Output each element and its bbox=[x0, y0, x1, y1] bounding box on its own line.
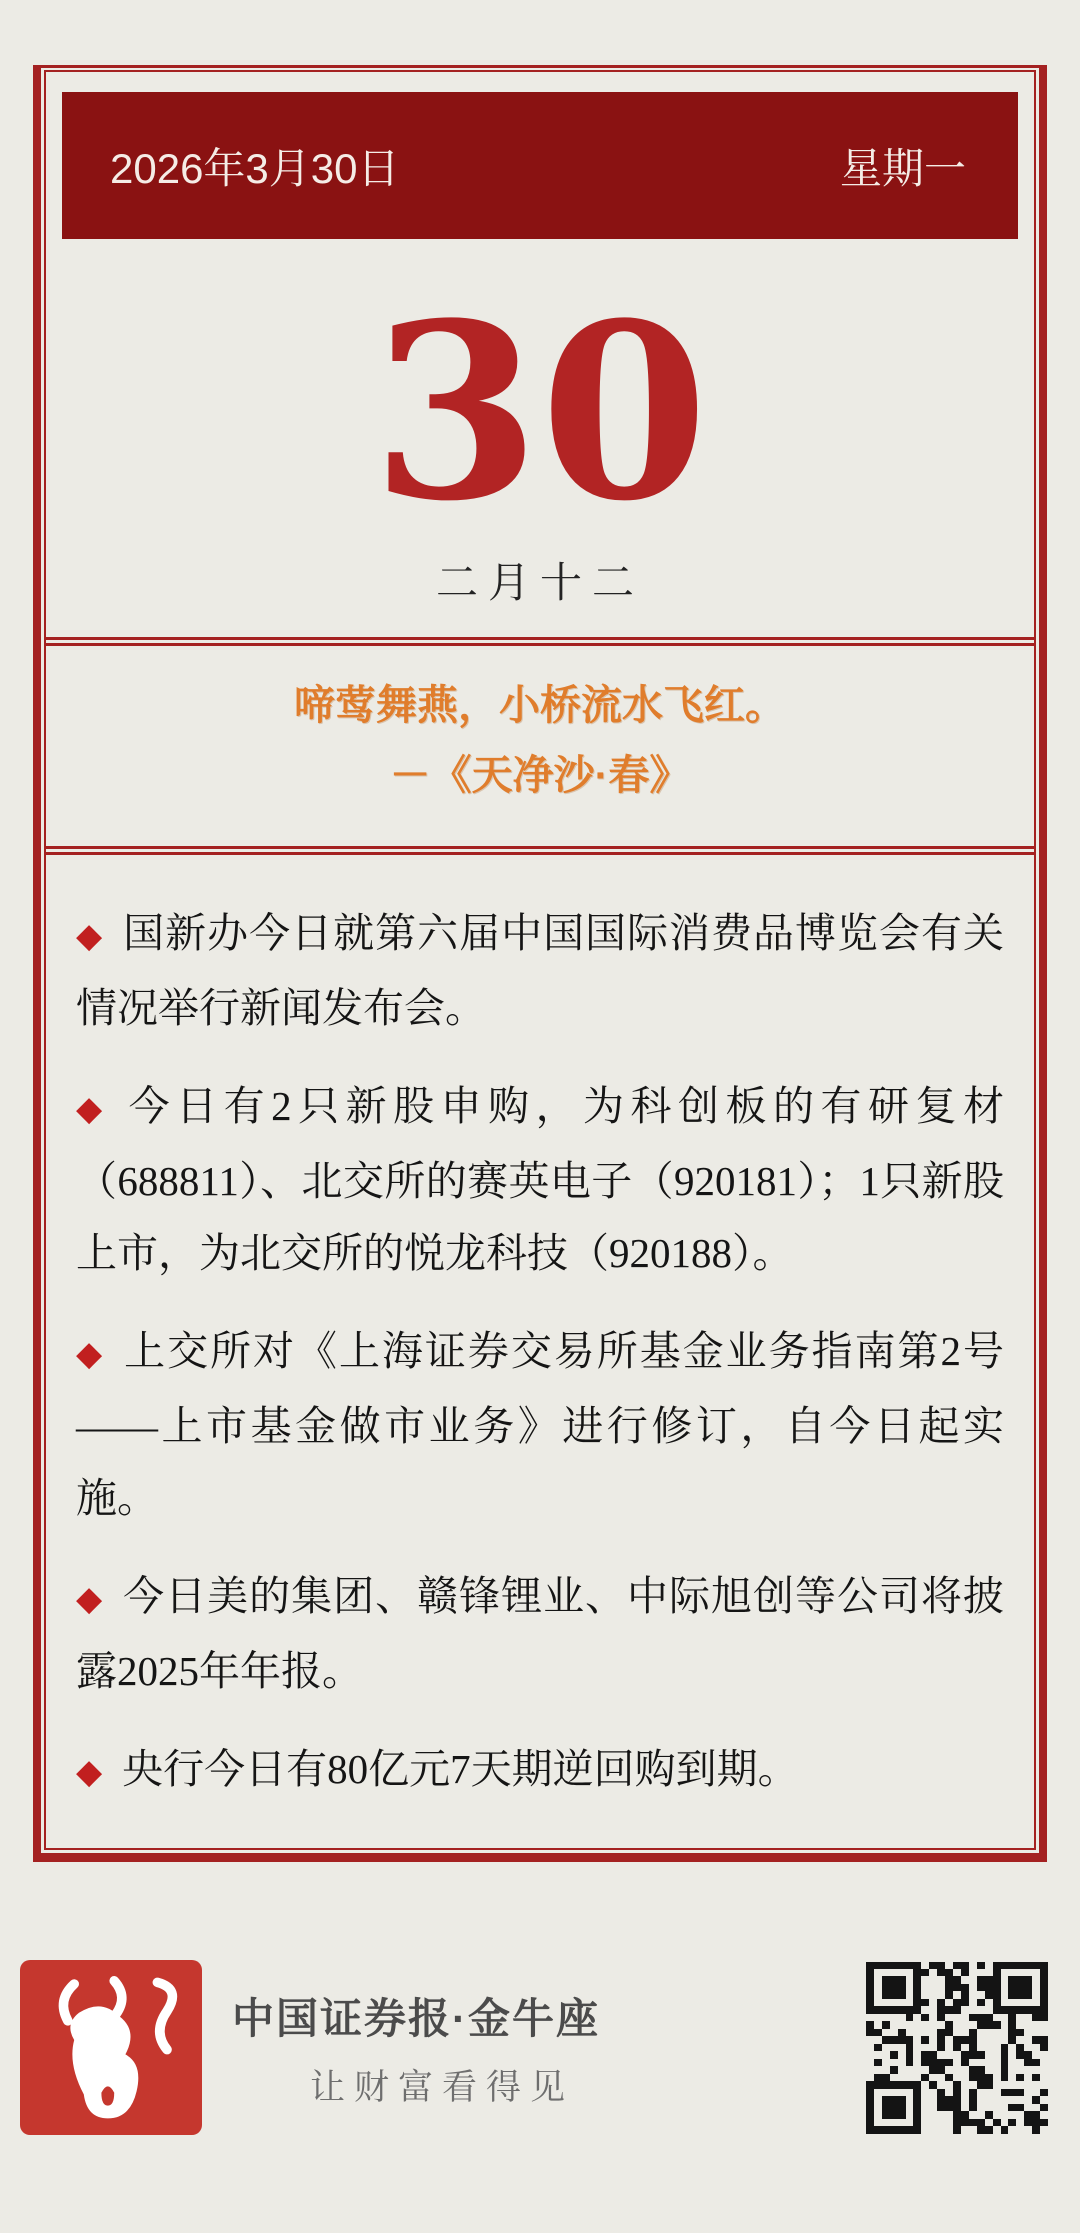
news-item: ◆上交所对《上海证券交易所基金业务指南第2号——上市基金做市业务》进行修订，自今… bbox=[76, 1315, 1004, 1534]
diamond-bullet-icon: ◆ bbox=[76, 1579, 103, 1619]
brand-text-block: 中国证券报·金牛座 让财富看得见 bbox=[232, 1986, 600, 2110]
quote-section: 啼莺舞燕，小桥流水飞红。 －《天净沙·春》 bbox=[46, 646, 1034, 846]
news-item-text: 上交所对《上海证券交易所基金业务指南第2号——上市基金做市业务》进行修订，自今日… bbox=[76, 1328, 1004, 1521]
news-item: ◆今日美的集团、赣锋锂业、中际旭创等公司将披露2025年年报。 bbox=[76, 1560, 1004, 1707]
brand-logo bbox=[20, 1960, 202, 2135]
calendar-card-inner-frame: 2026年3月30日 星期一 30 二月十二 啼莺舞燕，小桥流水飞红。 －《天净… bbox=[44, 70, 1036, 1850]
diamond-bullet-icon: ◆ bbox=[76, 916, 103, 956]
diamond-bullet-icon: ◆ bbox=[76, 1752, 102, 1792]
quote-source: －《天净沙·春》 bbox=[46, 746, 1034, 804]
news-item: ◆国新办今日就第六届中国国际消费品博览会有关情况举行新闻发布会。 bbox=[76, 897, 1004, 1044]
gregorian-date: 2026年3月30日 bbox=[110, 136, 400, 196]
brand-slogan: 让财富看得见 bbox=[232, 2060, 600, 2110]
calendar-card: 2026年3月30日 星期一 30 二月十二 啼莺舞燕，小桥流水飞红。 －《天净… bbox=[33, 65, 1047, 1862]
news-item: ◆央行今日有80亿元7天期逆回购到期。 bbox=[76, 1733, 1004, 1808]
news-item-text: 央行今日有80亿元7天期逆回购到期。 bbox=[122, 1746, 799, 1792]
diamond-bullet-icon: ◆ bbox=[76, 1089, 109, 1129]
diamond-bullet-icon: ◆ bbox=[76, 1334, 104, 1374]
weekday-label: 星期一 bbox=[840, 136, 966, 196]
day-section: 30 二月十二 bbox=[46, 239, 1034, 637]
news-item-text: 今日美的集团、赣锋锂业、中际旭创等公司将披露2025年年报。 bbox=[76, 1573, 1004, 1694]
section-divider-bottom bbox=[46, 846, 1034, 855]
section-divider-top bbox=[46, 637, 1034, 646]
qr-code bbox=[866, 1962, 1048, 2134]
news-item-text: 今日有2只新股申购，为科创板的有研复材（688811）、北交所的赛英电子（920… bbox=[76, 1083, 1004, 1276]
quote-text: 啼莺舞燕，小桥流水飞红。 bbox=[46, 676, 1034, 734]
news-item: ◆今日有2只新股申购，为科创板的有研复材（688811）、北交所的赛英电子（92… bbox=[76, 1070, 1004, 1289]
lunar-date: 二月十二 bbox=[436, 550, 644, 610]
news-item-text: 国新办今日就第六届中国国际消费品博览会有关情况举行新闻发布会。 bbox=[76, 910, 1004, 1031]
bull-icon bbox=[31, 1968, 191, 2128]
footer: 中国证券报·金牛座 让财富看得见 bbox=[0, 1862, 1080, 2233]
news-list: ◆国新办今日就第六届中国国际消费品博览会有关情况举行新闻发布会。 ◆今日有2只新… bbox=[46, 855, 1034, 1848]
brand-title: 中国证券报·金牛座 bbox=[232, 1986, 600, 2046]
date-header-bar: 2026年3月30日 星期一 bbox=[62, 92, 1018, 239]
day-number: 30 bbox=[372, 292, 709, 534]
